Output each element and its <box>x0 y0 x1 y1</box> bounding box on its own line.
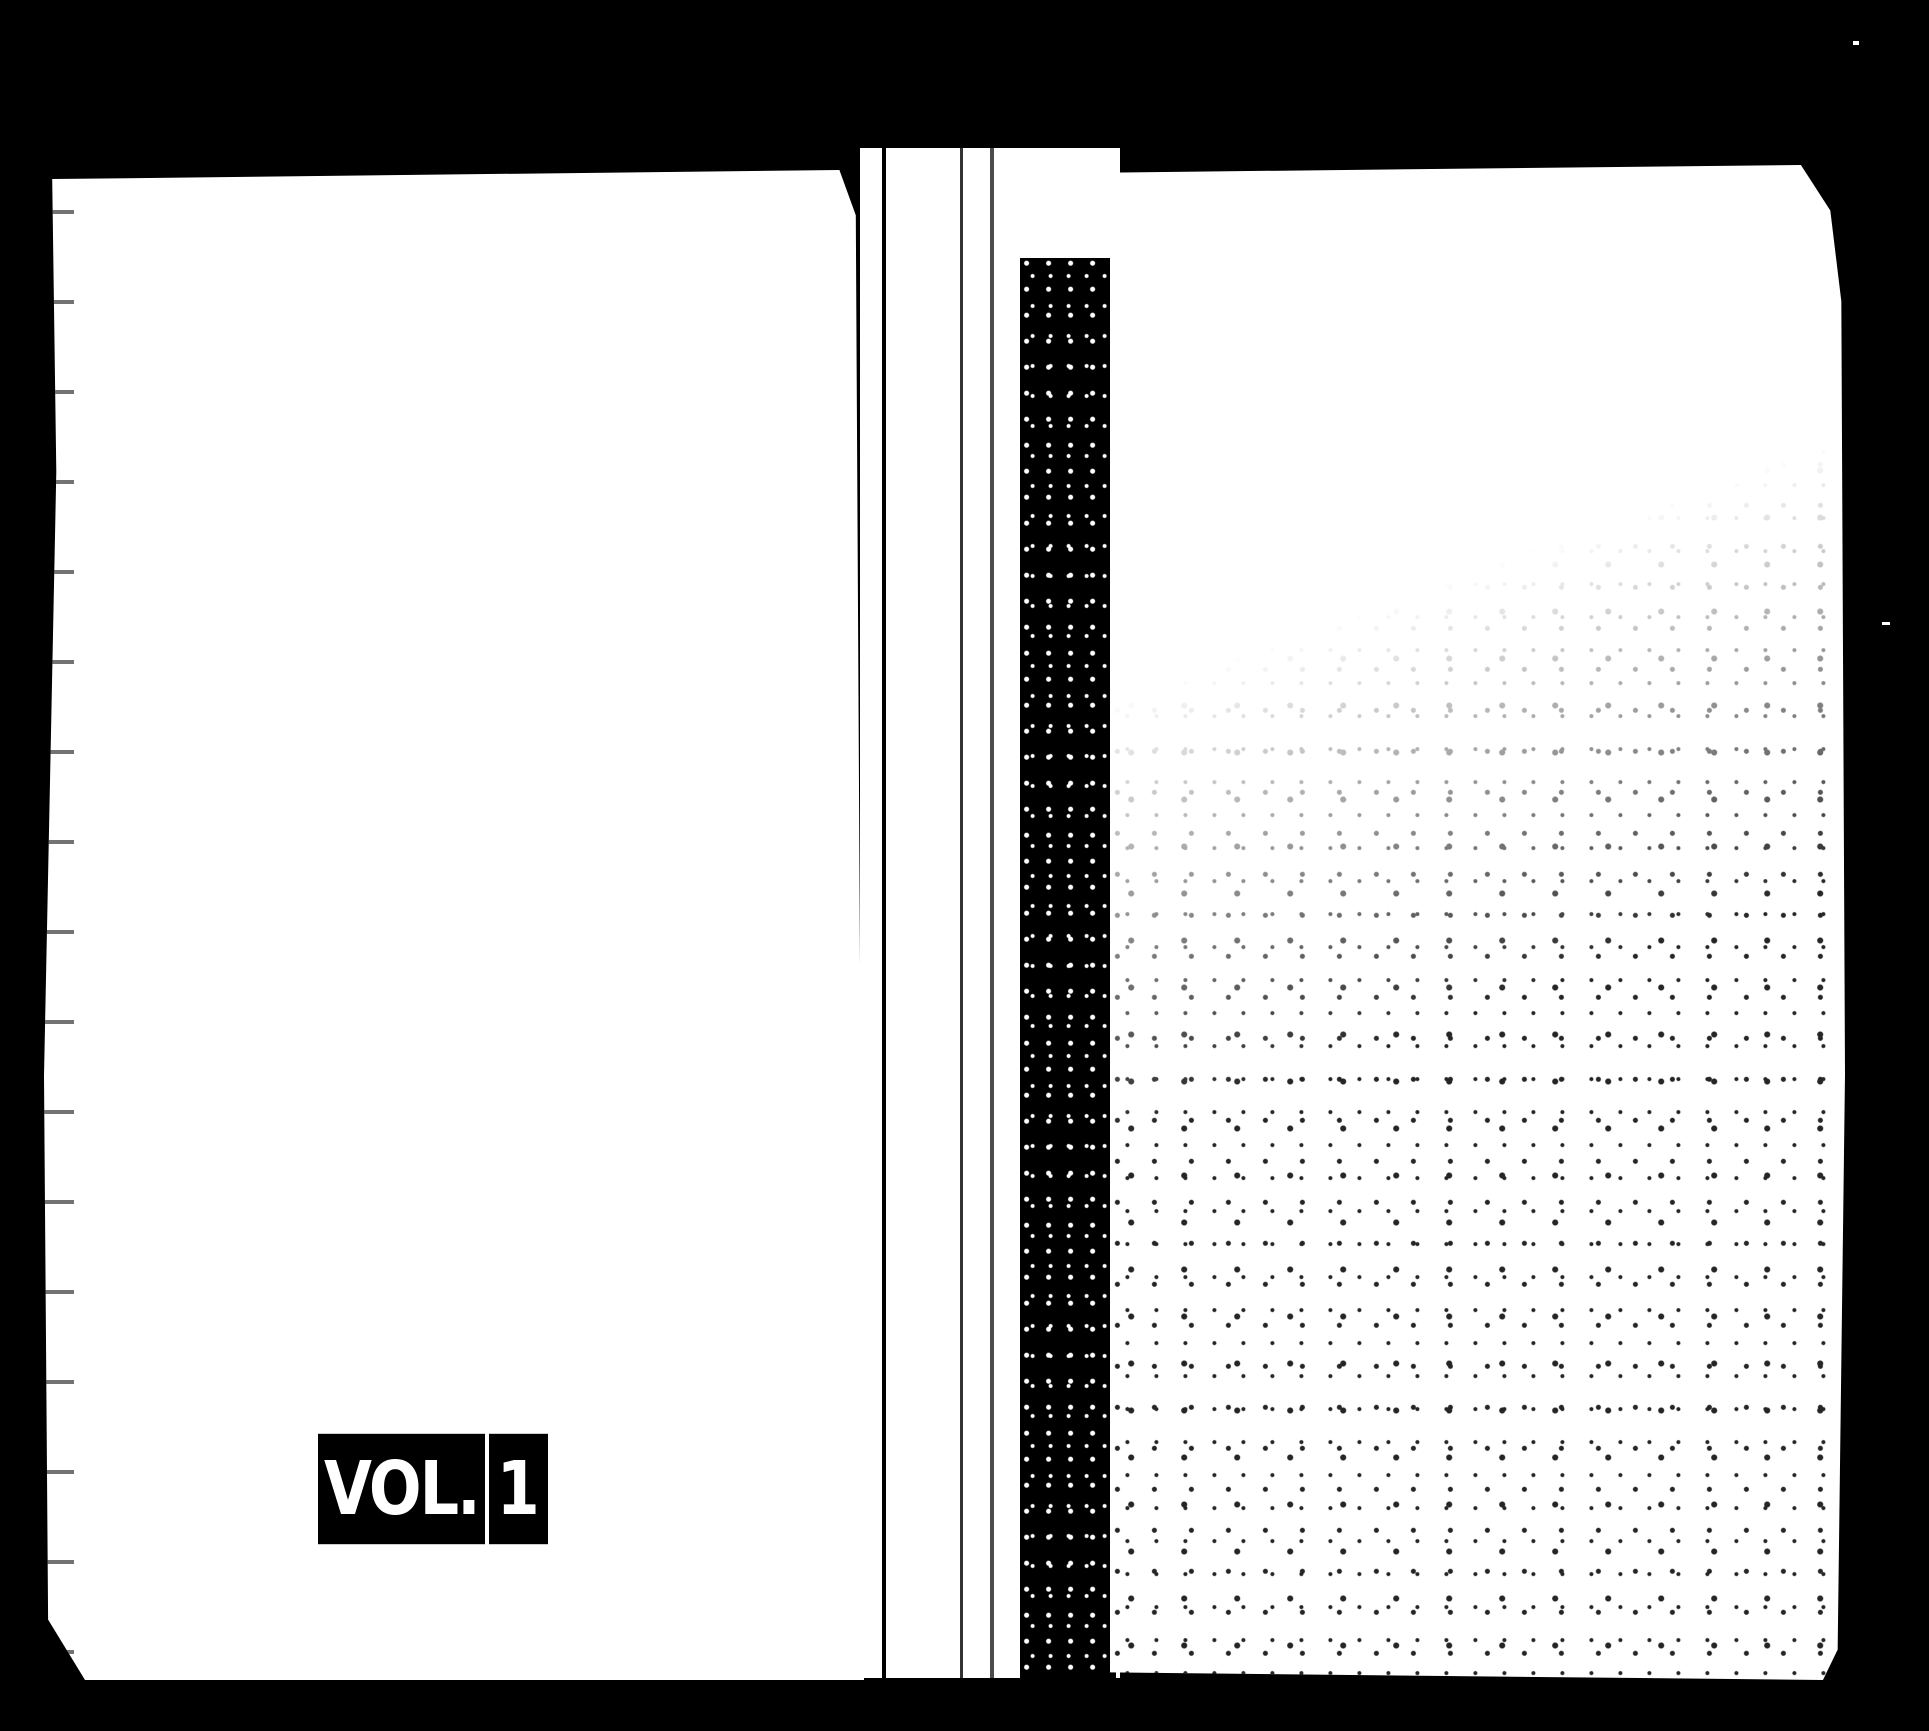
book-spine <box>860 148 1120 1678</box>
cover-edge-wear <box>44 170 74 1680</box>
spine-dark-band <box>1020 258 1116 1678</box>
spine-groove <box>960 148 963 1678</box>
volume-label: VOL. 1 <box>318 1443 548 1535</box>
volume-label-text: VOL. <box>318 1434 485 1544</box>
spine-groove <box>882 148 886 1678</box>
volume-label-number: 1 <box>489 1434 548 1544</box>
cover-speckle-texture <box>1110 165 1845 1680</box>
back-cover-board <box>1110 165 1845 1680</box>
spine-groove <box>990 148 994 1678</box>
scan-background: VOL. 1 <box>0 0 1929 1731</box>
stray-mark <box>1882 622 1890 625</box>
stray-mark <box>1853 41 1859 45</box>
